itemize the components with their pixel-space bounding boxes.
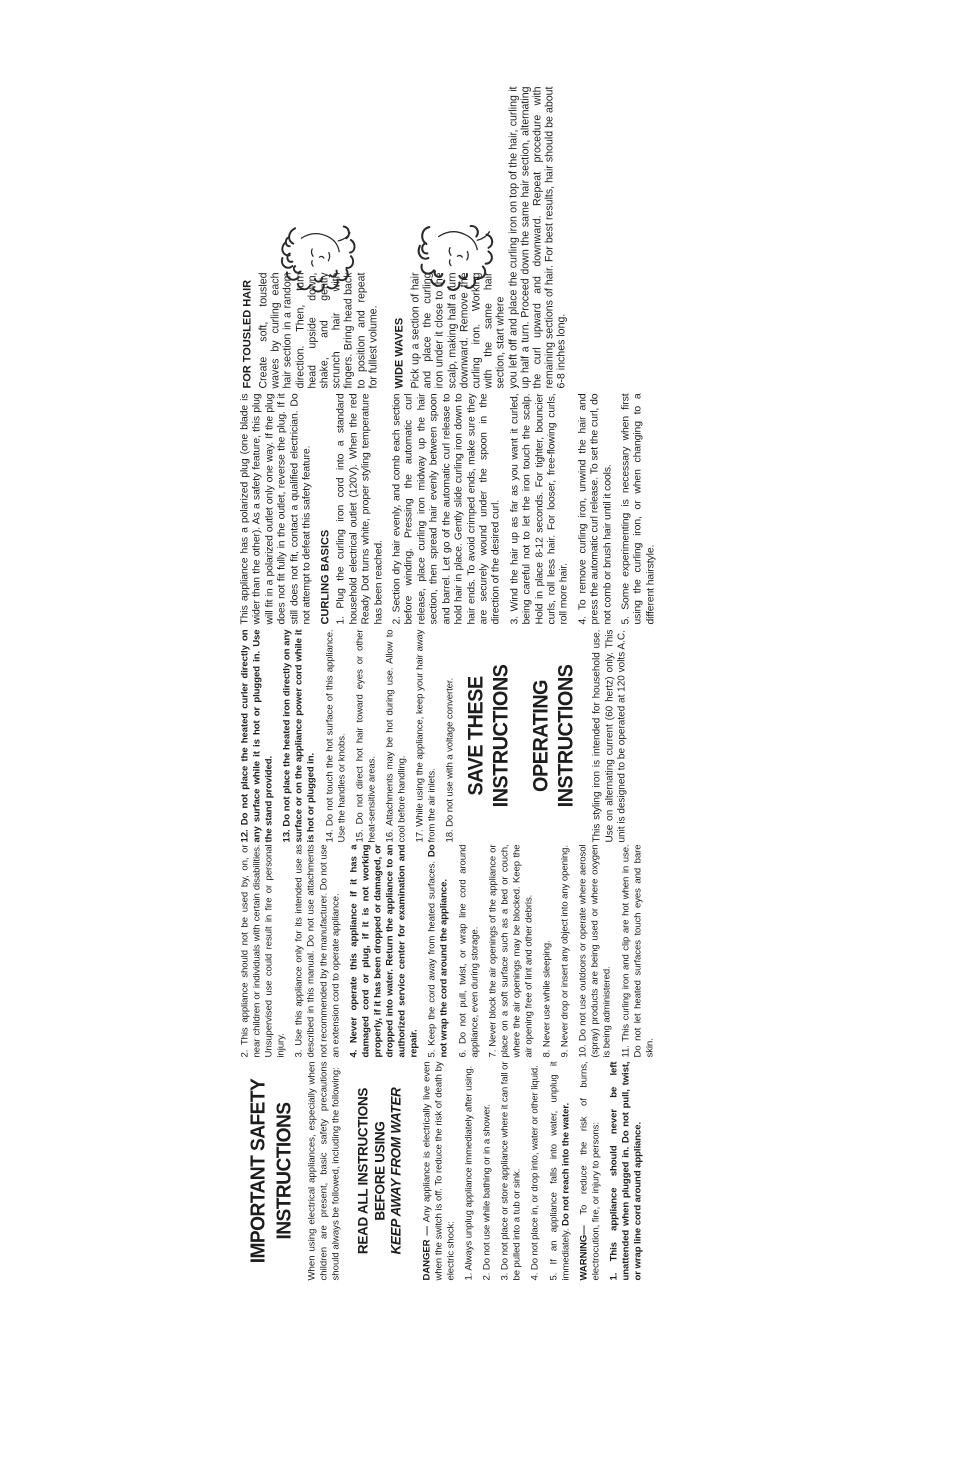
curling-step-paragraph: 5. Some experimenting is necessary when … xyxy=(620,393,657,624)
safety-instruction-paragraph: 4. Do not place in, or drop into, water … xyxy=(529,1061,541,1280)
tousled-hair-illustration xyxy=(273,204,363,302)
safety-intro-paragraph: When using electrical appliances, especi… xyxy=(306,1061,342,1280)
safety-instruction-paragraph: 18. Do not use with a voltage converter. xyxy=(444,629,456,842)
safety-items-2-11-list: 2. This appliance should not be used by,… xyxy=(239,844,656,1057)
panel-safety-items-2-11: 2. This appliance should not be used by,… xyxy=(239,844,662,1057)
read-all-instructions-line2: BEFORE USING xyxy=(372,1061,389,1280)
panel-safety-items-12-18: 12. Do not place the heated curler direc… xyxy=(239,629,641,842)
safety-items-12-18-list: 12. Do not place the heated curler direc… xyxy=(239,629,456,842)
save-these-title-line2: INSTRUCTIONS xyxy=(488,634,513,836)
curling-basics-heading: CURLING BASICS xyxy=(319,393,332,624)
safety-instruction-paragraph: 3. Use this appliance only for its inten… xyxy=(293,844,341,1057)
safety-instruction-paragraph: 15. Do not direct hot hair toward eyes o… xyxy=(354,629,378,842)
panel-curling-basics: This appliance has a polarized plug (one… xyxy=(239,393,663,624)
safety-instruction-paragraph: 12. Do not place the heated curler direc… xyxy=(239,629,275,842)
safety-instruction-paragraph: 6. Do not pull, twist, or wrap line cord… xyxy=(457,844,481,1057)
curling-step-paragraph: 1. Plug the curling iron cord into a sta… xyxy=(335,393,385,624)
safety-instruction-paragraph: 8. Never use while sleeping. xyxy=(541,844,553,1057)
curling-step-paragraph: 4. To remove curling iron, unwind the ha… xyxy=(577,393,614,624)
scanned-manual-page: IMPORTANT SAFETY INSTRUCTIONS When using… xyxy=(0,0,954,1475)
panel-important-safety: IMPORTANT SAFETY INSTRUCTIONS When using… xyxy=(245,1061,650,1280)
safety-instruction-paragraph: 16. Attachments may be hot during use. A… xyxy=(384,629,408,842)
curling-step-paragraph: 3. Wind the hair up as far as you want i… xyxy=(509,393,571,624)
safety-instruction-paragraph: 13. Do not place the heated iron directl… xyxy=(281,629,317,842)
danger-warning-list: DANGER — Any appliance is electrically l… xyxy=(421,1061,644,1280)
curling-basics-steps: 1. Plug the curling iron cord into a sta… xyxy=(335,393,657,624)
operating-title-line1: OPERATING xyxy=(528,634,553,836)
operating-intro-paragraph: This styling iron is intended for househ… xyxy=(591,629,628,842)
tousled-hair-heading: FOR TOUSLED HAIR xyxy=(241,272,254,388)
safety-instruction-paragraph: WARNING— To reduce the risk of burns, el… xyxy=(578,1061,602,1280)
curling-step-paragraph: 2. Section dry hair evenly, and comb eac… xyxy=(391,393,503,624)
safety-instruction-paragraph: 17. While using the appliance, keep your… xyxy=(414,629,438,842)
safety-instruction-paragraph: 4. Never operate this appliance if it ha… xyxy=(348,844,421,1057)
safety-instruction-paragraph: 5. If an appliance falls into water, unp… xyxy=(548,1061,572,1280)
safety-instruction-paragraph: DANGER — Any appliance is electrically l… xyxy=(421,1061,457,1280)
manual-sheet-rotated: IMPORTANT SAFETY INSTRUCTIONS When using… xyxy=(0,0,954,1475)
wide-waves-illustration xyxy=(409,204,505,298)
safety-instruction-paragraph: 2. Do not use while bathing or in a show… xyxy=(481,1061,493,1280)
safety-instruction-paragraph: 10. Do not use outdoors or operate where… xyxy=(577,844,613,1057)
safety-instruction-paragraph: 3. Do not place or store appliance where… xyxy=(499,1061,523,1280)
safety-instruction-paragraph: 5. Keep the cord away from heated surfac… xyxy=(426,844,450,1057)
polarized-plug-paragraph: This appliance has a polarized plug (one… xyxy=(239,393,313,624)
save-these-title-line1: SAVE THESE xyxy=(463,634,488,836)
safety-instruction-paragraph: 11. This curling iron and clip are hot w… xyxy=(620,844,656,1057)
safety-instruction-paragraph: 9. Never drop or insert any object into … xyxy=(559,844,571,1057)
keep-away-from-water: KEEP AWAY FROM WATER xyxy=(388,1061,405,1280)
panel-styling-tips: FOR TOUSLED HAIR Create soft, tousled wa… xyxy=(239,86,568,388)
important-safety-title-line1: IMPORTANT SAFETY xyxy=(245,1065,271,1275)
read-all-instructions-line1: READ ALL INSTRUCTIONS xyxy=(355,1061,372,1280)
operating-title-line2: INSTRUCTIONS xyxy=(553,634,578,836)
wide-waves-heading: WIDE WAVES xyxy=(393,272,406,388)
safety-instruction-paragraph: 1. This appliance should never be left u… xyxy=(608,1061,644,1280)
wide-waves-paragraph-wide: you left off and place the curling iron … xyxy=(507,86,568,388)
safety-instruction-paragraph: 1. Always unplug appliance immediately a… xyxy=(463,1061,475,1280)
safety-instruction-paragraph: 2. This appliance should not be used by,… xyxy=(239,844,287,1057)
safety-instruction-paragraph: 7. Never block the air openings of the a… xyxy=(487,844,535,1057)
important-safety-title-line2: INSTRUCTIONS xyxy=(271,1065,297,1275)
safety-instruction-paragraph: 14. Do not touch the hot surface of this… xyxy=(324,629,348,842)
